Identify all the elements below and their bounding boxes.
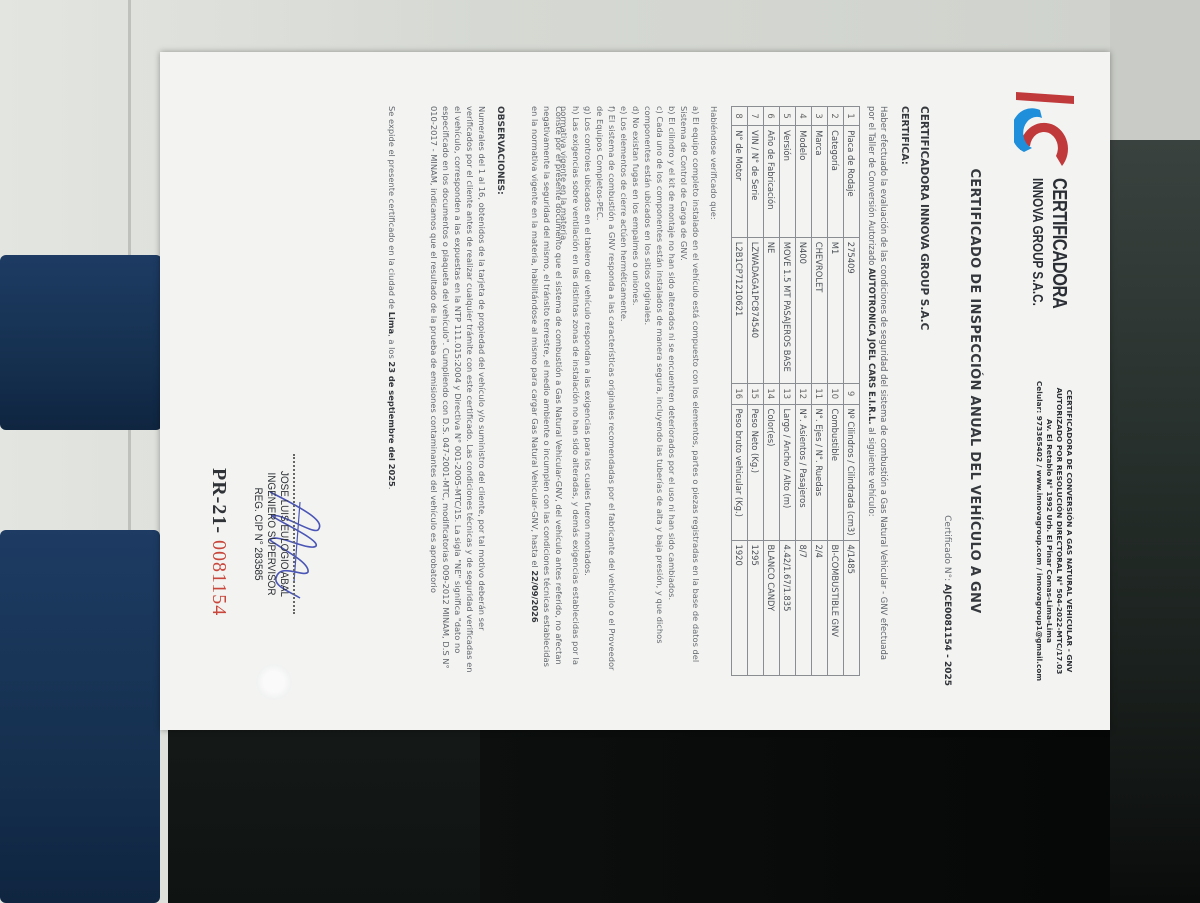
verification-item: g) Los controles ubicados en el tablero … [582, 106, 594, 676]
serial-number: PR-21- 0081154 [207, 468, 230, 616]
field-value: N400 [796, 237, 812, 383]
verification-item: f) El sistema de combustión a GNV respon… [594, 106, 618, 676]
signatory-block: JOSE LUIS EULOGIO ABAL INGENIERO SUPERVI… [251, 453, 290, 615]
issue-statement: Se expide el presente certificado en la … [387, 106, 397, 676]
certificate-number-value: AJCE0081154 - 2025 [942, 584, 952, 686]
address-line: Av. El Retablo N° 1992 Urb. El Pinar Com… [1044, 366, 1054, 696]
issue-text: . [387, 487, 397, 490]
field-value: 1920 [732, 540, 748, 676]
address-line: Celular: 973365402 / www.innovagroup.com… [1034, 366, 1044, 696]
field-value: 8/7 [796, 540, 812, 676]
certificate-photo: CERTIFICADORA INNOVA GROUP S.A.C. CERTIF… [160, 52, 1110, 730]
field-label: N°. Ejes / N°. Ruedas [812, 404, 828, 540]
row-number: 1 [844, 107, 860, 126]
company-logo: CERTIFICADORA INNOVA GROUP S.A.C. [1010, 90, 1076, 230]
certificate-document: CERTIFICADORA INNOVA GROUP S.A.C. CERTIF… [160, 52, 1110, 730]
row-number: 6 [764, 107, 780, 126]
jeans-leg [0, 255, 162, 430]
intro-paragraph: Haber efectuado la evaluación de las con… [866, 106, 890, 676]
table-row: 6Año de FabricaciónNE14Color(es)BLANCO C… [764, 107, 780, 676]
row-number: 7 [748, 107, 764, 126]
row-number: 12 [796, 383, 812, 404]
issue-text: , a los [387, 334, 397, 361]
row-number: 3 [812, 107, 828, 126]
field-label: Peso bruto vehicular (Kg.) [732, 404, 748, 540]
issue-text: Se expide el presente certificado en la … [387, 106, 397, 312]
field-label: Combustible [828, 404, 844, 540]
serial-prefix: PR-21- [208, 468, 230, 534]
field-value: 275409 [844, 237, 860, 383]
row-number: 15 [748, 383, 764, 404]
field-value: 4/1485 [844, 540, 860, 676]
signature-line [293, 454, 295, 614]
row-number: 11 [812, 383, 828, 404]
field-value: NE [764, 237, 780, 383]
field-label: Largo / Ancho / Alto (m) [780, 404, 796, 540]
field-value: 4.42/1.67/1.835 [780, 540, 796, 676]
row-number: 5 [780, 107, 796, 126]
field-value: 1295 [748, 540, 764, 676]
table-row: 8N° de MotorL2B1CP7121062116Peso bruto v… [732, 107, 748, 676]
field-value: BLANCO CANDY [764, 540, 780, 676]
field-value: LZWADAGA1PC874540 [748, 237, 764, 383]
valid-until-date: 22/09/2026 [530, 570, 540, 622]
wall-ledge [1110, 0, 1200, 140]
field-label: Placa de Rodaje [844, 126, 860, 238]
dark-surface-edge [1110, 140, 1200, 903]
intro-text-end: al siguiente vehículo: [867, 425, 877, 517]
table-row: 7VIN / N° de SerieLZWADAGA1PC87454015Pes… [748, 107, 764, 676]
field-label: N° de Motor [732, 126, 748, 238]
jeans-leg [0, 530, 160, 903]
workshop-name: AUTOTRONICA JOEL CARS E.I.R.L. [867, 268, 877, 425]
signatory-role: INGENIERO SUPERVISOR [264, 453, 277, 615]
field-value: CHEVROLET [812, 237, 828, 383]
vehicle-data-table: 1Placa de Rodaje2754099Nº Cilindros / Ci… [731, 106, 860, 676]
certificate-number-label: Certificado N°: [942, 515, 952, 581]
verification-heading: Habiéndose verificado que: [708, 106, 720, 676]
row-number: 4 [796, 107, 812, 126]
verification-item: b) El cilindro y el kit de montaje no ha… [666, 106, 678, 676]
issue-city: Lima [387, 312, 397, 334]
field-value: 2/4 [812, 540, 828, 676]
field-value: MOVE 1.5 MT PASAJEROS BASE [780, 237, 796, 383]
field-label: VIN / N° de Serie [748, 126, 764, 238]
row-number: 2 [828, 107, 844, 126]
table-row: 4ModeloN40012N°. Asientos / Pasajeros8/7 [796, 107, 812, 676]
dark-surface-reflection [480, 730, 1200, 903]
signatory-name: JOSE LUIS EULOGIO ABAL [277, 453, 290, 615]
logo-title: CERTIFICADORA [1047, 178, 1070, 308]
field-label: N°. Asientos / Pasajeros [796, 404, 812, 540]
company-address: CERTIFICADORA DE CONVERSIÓN A GAS NATURA… [1034, 366, 1074, 696]
verification-item: d) No existan fugas en los empalmes o un… [630, 106, 642, 676]
row-number: 9 [844, 383, 860, 404]
field-value: BI-COMBUSTIBLE GNV [828, 540, 844, 676]
consta-paragraph: Conste por el presente documento que el … [529, 106, 565, 676]
field-label: Año de Fabricación [764, 126, 780, 238]
serial-value: 0081154 [208, 540, 230, 616]
certifica-heading: CERTIFICA: [899, 106, 910, 165]
verification-section: Habiéndose verificado que: a) El equipo … [558, 106, 720, 676]
innova-logo-icon [1014, 90, 1076, 174]
table-row: 3MarcaCHEVROLET11N°. Ejes / N°. Ruedas2/… [812, 107, 828, 676]
verification-item: e) Los elementos de cierre actúen hermét… [618, 106, 630, 676]
table-row: 1Placa de Rodaje2754099Nº Cilindros / Ci… [844, 107, 860, 676]
address-line: AUTORIZADO POR RESOLUCIÓN DIRECTORAL N° … [1054, 366, 1064, 696]
field-value: L2B1CP71210621 [732, 237, 748, 383]
field-label: Nº Cilindros / Cilindrada (cm3) [844, 404, 860, 540]
observaciones-heading: OBSERVACIONES: [495, 106, 505, 195]
row-number: 14 [764, 383, 780, 404]
signatory-registration: REG. CIP N° 283585 [251, 453, 264, 615]
document-title: CERTIFICADO DE INSPECCIÓN ANUAL DEL VEHÍ… [967, 52, 982, 730]
field-label: Categoría [828, 126, 844, 238]
row-number: 13 [780, 383, 796, 404]
field-label: Modelo [796, 126, 812, 238]
field-label: Versión [780, 126, 796, 238]
field-value: M1 [828, 237, 844, 383]
field-label: Marca [812, 126, 828, 238]
certificate-number: Certificado N°: AJCE0081154 - 2025 [942, 515, 952, 686]
row-number: 10 [828, 383, 844, 404]
logo-subtitle: INNOVA GROUP S.A.C. [1029, 178, 1046, 306]
observaciones-text: Numerales del 1 al 16, obtenidos de la t… [428, 106, 488, 676]
field-label: Peso Neto (Kg.) [748, 404, 764, 540]
table-row: 5VersiónMOVE 1.5 MT PASAJEROS BASE13Larg… [780, 107, 796, 676]
company-heading: CERTIFICADORA INNOVA GROUP S.A.C [918, 106, 930, 330]
field-label: Color(es) [764, 404, 780, 540]
issue-date: 23 de septiembre del 2025 [387, 361, 397, 486]
verification-item: a) El equipo completo instalado en el ve… [678, 106, 702, 676]
hole-punch-mark [256, 664, 292, 700]
row-number: 8 [732, 107, 748, 126]
table-row: 2CategoríaM110CombustibleBI-COMBUSTIBLE … [828, 107, 844, 676]
verification-item: c) Cada uno de los componentes están ins… [642, 106, 666, 676]
row-number: 16 [732, 383, 748, 404]
address-line: CERTIFICADORA DE CONVERSIÓN A GAS NATURA… [1064, 366, 1074, 696]
